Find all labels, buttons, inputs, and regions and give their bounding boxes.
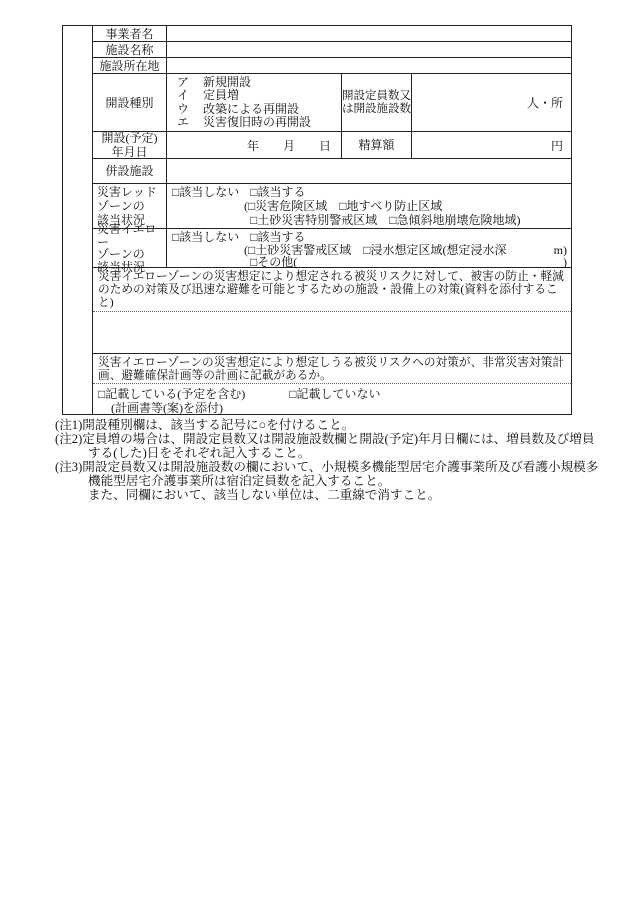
- facility-address-label: 施設所在地: [93, 58, 167, 73]
- settlement-amount-field[interactable]: 円: [412, 132, 571, 158]
- opening-type-options: ア 新規開設 イ 定員増 ウ 改築による再開設 エ 災害復旧時の再開設: [167, 74, 342, 131]
- red-zone-answer-cell: □該当しない □該当する (□災害危険区域 □地すべり防止区域 □土砂災害特別警…: [167, 184, 571, 228]
- business-name-field[interactable]: [167, 26, 571, 41]
- yellow-zone-label-line2: ゾーンの: [97, 248, 145, 261]
- option-text: 災害復旧時の再開設: [203, 116, 311, 129]
- opening-date-row: 開設(予定) 年月日 年 月 日 精算額 円: [93, 132, 571, 159]
- footnote-1-prefix: (注1): [55, 418, 82, 432]
- business-name-row: 事業者名: [93, 26, 571, 42]
- opening-type-option-i[interactable]: イ 定員増: [177, 89, 341, 102]
- opening-type-label: 開設種別: [93, 74, 167, 131]
- footnote-3-prefix: (注3): [55, 460, 82, 474]
- plan-description-question: 災害イエローゾーンの災害想定により想定しうる被災リスクへの対策が、非常災害対策計…: [93, 354, 571, 384]
- yellow-zone-answer-cell: □該当しない □該当する (□土砂災害警戒区域 □浸水想定区域(想定浸水深 m)…: [167, 229, 571, 267]
- yellow-zone-other-close-paren: ): [563, 256, 567, 269]
- footnote-3-text-line2: 機能型居宅介護事業所は宿泊定員数を記入すること。: [88, 474, 628, 488]
- capacity-label: 開設定員数又 は開設施設数: [342, 74, 412, 131]
- footnotes: (注1)開設種別欄は、該当する記号に○を付けること。 (注2)定員増の場合は、開…: [55, 418, 628, 502]
- question1-line3: と): [98, 296, 568, 309]
- red-zone-label-line2: ゾーンの: [97, 199, 145, 213]
- question1-line1: 災害イエローゾーンの災害想定により想定される被災リスクに対して、被害の防止・軽減: [98, 270, 568, 283]
- footnote-3-text-line3: また、同欄において、該当しない単位は、二重線で消すこと。: [88, 488, 628, 502]
- plan-not-described-checkbox[interactable]: □記載していない: [289, 387, 380, 401]
- footnote-2: (注2)定員増の場合は、開設定員数又は開設施設数欄と開設(予定)年月日欄には、増…: [55, 432, 628, 460]
- facility-form-table: 事業者名 施設名称 施設所在地 開設種別 ア 新規開設: [62, 25, 572, 415]
- option-text: 新規開設: [203, 76, 251, 89]
- yellow-zone-checkbox-not-applicable[interactable]: □該当しない: [172, 231, 239, 244]
- footnote-3: (注3)開設定員数又は開設施設数の欄において、小規模多機能型居宅介護事業所及び看…: [55, 460, 628, 502]
- red-zone-label-line1: 災害レッド: [97, 185, 157, 199]
- facility-name-row: 施設名称: [93, 42, 571, 58]
- option-key: ウ: [177, 103, 203, 116]
- red-zone-checkbox-not-applicable[interactable]: □該当しない: [172, 186, 239, 200]
- opening-date-label: 開設(予定) 年月日: [93, 132, 167, 158]
- yellow-zone-checkbox-other[interactable]: □その他(: [250, 256, 297, 269]
- footnote-1: (注1)開設種別欄は、該当する記号に○を付けること。: [55, 418, 628, 432]
- capacity-label-line2: は開設施設数: [342, 103, 411, 116]
- capacity-field[interactable]: 人・所: [412, 74, 571, 131]
- plan-description-row: 災害イエローゾーンの災害想定により想定しうる被災リスクへの対策が、非常災害対策計…: [93, 354, 571, 414]
- yellow-zone-measures-answer-area[interactable]: [93, 312, 571, 353]
- opening-type-row: 開設種別 ア 新規開設 イ 定員増 ウ 改築による再開設 エ: [93, 74, 571, 132]
- footnote-2-text-line2: する(した)日をそれぞれ記入すること。: [88, 446, 628, 460]
- annex-facility-row: 併設施設: [93, 159, 571, 184]
- settlement-amount-label: 精算額: [342, 132, 412, 158]
- table-main-column: 事業者名 施設名称 施設所在地 開設種別 ア 新規開設: [93, 26, 571, 414]
- facility-address-row: 施設所在地: [93, 58, 571, 74]
- capacity-unit: 人・所: [527, 94, 563, 111]
- annex-facility-label: 併設施設: [93, 159, 167, 183]
- opening-date-field[interactable]: 年 月 日: [167, 132, 342, 158]
- opening-type-option-a[interactable]: ア 新規開設: [177, 76, 341, 89]
- facility-name-label: 施設名称: [93, 42, 167, 57]
- yellow-zone-checkbox-applicable[interactable]: □該当する: [250, 231, 305, 244]
- question1-line2: のための対策及び迅速な避難を可能とするための施設・設備上の対策(資料を添付するこ: [98, 283, 568, 296]
- plan-described-checkbox[interactable]: □記載している(予定を含む): [98, 387, 245, 401]
- red-zone-detail-line1[interactable]: (□災害危険区域 □地すべり防止区域: [244, 200, 442, 214]
- yellow-zone-label: 災害イエロー ゾーンの 該当状況: [93, 229, 167, 267]
- table-left-spacer-column: [63, 26, 93, 414]
- option-key: エ: [177, 116, 203, 129]
- annex-facility-field[interactable]: [167, 159, 571, 183]
- question2-line2: 画、避難確保計画等の計画に記載があるか。: [98, 369, 568, 382]
- yellow-zone-measures-question: 災害イエローゾーンの災害想定により想定される被災リスクに対して、被害の防止・軽減…: [93, 268, 571, 312]
- footnote-3-text-line1: 開設定員数又は開設施設数の欄において、小規模多機能型居宅介護事業所及び看護小規模…: [82, 460, 598, 474]
- settlement-amount-unit: 円: [551, 137, 563, 154]
- red-zone-checkbox-applicable[interactable]: □該当する: [250, 186, 305, 200]
- plan-description-answer-cell: □記載している(予定を含む) □記載していない (計画書等(案)を添付): [93, 384, 571, 415]
- facility-name-field[interactable]: [167, 42, 571, 57]
- opening-type-option-e[interactable]: エ 災害復旧時の再開設: [177, 116, 341, 129]
- opening-date-label-line2: 年月日: [111, 145, 147, 159]
- red-zone-detail-line2[interactable]: □土砂災害特別警戒区域 □急傾斜地崩壊危険地域): [250, 214, 521, 228]
- business-name-label: 事業者名: [93, 26, 167, 41]
- yellow-zone-row: 災害イエロー ゾーンの 該当状況 □該当しない □該当する (□土砂災害警戒区域…: [93, 229, 571, 268]
- option-key: ア: [177, 76, 203, 89]
- capacity-label-line1: 開設定員数又: [342, 90, 411, 103]
- footnote-1-text: 開設種別欄は、該当する記号に○を付けること。: [82, 418, 354, 432]
- form-page: 事業者名 施設名称 施設所在地 開設種別 ア 新規開設: [0, 0, 630, 903]
- yellow-zone-label-line1: 災害イエロー: [97, 223, 166, 248]
- plan-described-attachment-note: (計画書等(案)を添付): [111, 401, 567, 415]
- question2-line1: 災害イエローゾーンの災害想定により想定しうる被災リスクへの対策が、非常災害対策計: [98, 356, 568, 369]
- yellow-zone-measures-row: 災害イエローゾーンの災害想定により想定される被災リスクに対して、被害の防止・軽減…: [93, 268, 571, 354]
- footnote-2-text-line1: 定員増の場合は、開設定員数又は開設施設数欄と開設(予定)年月日欄には、増員数及び…: [82, 432, 594, 446]
- footnote-2-prefix: (注2): [55, 432, 82, 446]
- option-key: イ: [177, 89, 203, 102]
- facility-address-field[interactable]: [167, 58, 571, 73]
- opening-date-label-line1: 開設(予定): [102, 131, 158, 145]
- option-text: 定員増: [203, 89, 239, 102]
